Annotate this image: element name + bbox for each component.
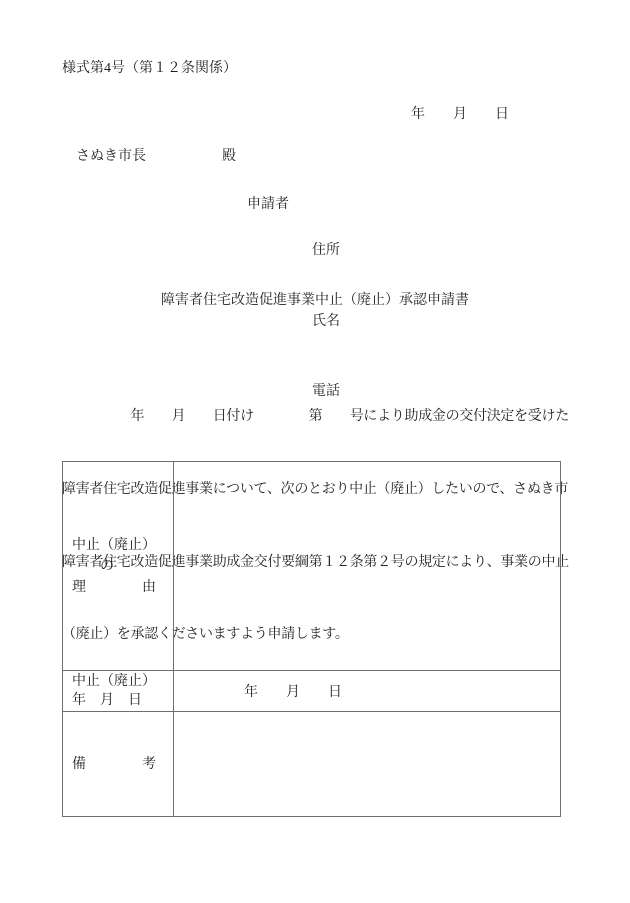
- table-label-line: 中止（廃止）: [72, 535, 173, 556]
- table-label-line: 備 考: [72, 754, 173, 775]
- table-label-line: 理 由: [72, 577, 173, 598]
- applicant-field-name: 氏名: [312, 310, 340, 334]
- table-value-cancel-date: 年 月 日: [174, 671, 560, 712]
- table-label-line: 中止（廃止）: [72, 672, 173, 691]
- form-number: 様式第4号（第１２条関係）: [62, 57, 237, 77]
- application-table: 中止（廃止） の 理 由 中止（廃止） 年 月 日 年 月 日 備 考: [62, 461, 561, 817]
- table-label-line: の: [72, 556, 173, 577]
- body-line: 年 月 日付け 第 号により助成金の交付決定を受けた: [62, 405, 578, 429]
- table-value-reason: [174, 462, 560, 671]
- document-title: 障害者住宅改造促進事業中止（廃止）承認申請書: [0, 289, 630, 309]
- applicant-field-address: 住所: [312, 239, 340, 263]
- header-date-line: 年 月 日: [411, 103, 509, 123]
- table-label-reason: 中止（廃止） の 理 由: [63, 462, 174, 671]
- addressee-name: さぬき市長: [76, 145, 146, 165]
- table-label-remarks: 備 考: [63, 712, 174, 816]
- table-value-remarks: [174, 712, 560, 816]
- table-label-cancel-date: 中止（廃止） 年 月 日: [63, 671, 174, 712]
- addressee-honorific: 殿: [222, 145, 236, 165]
- applicant-label: 申請者: [247, 193, 289, 213]
- document-page: 様式第4号（第１２条関係） 年 月 日 さぬき市長 殿 申請者 住所 氏名 電話…: [0, 0, 630, 903]
- table-label-line: 年 月 日: [72, 691, 173, 710]
